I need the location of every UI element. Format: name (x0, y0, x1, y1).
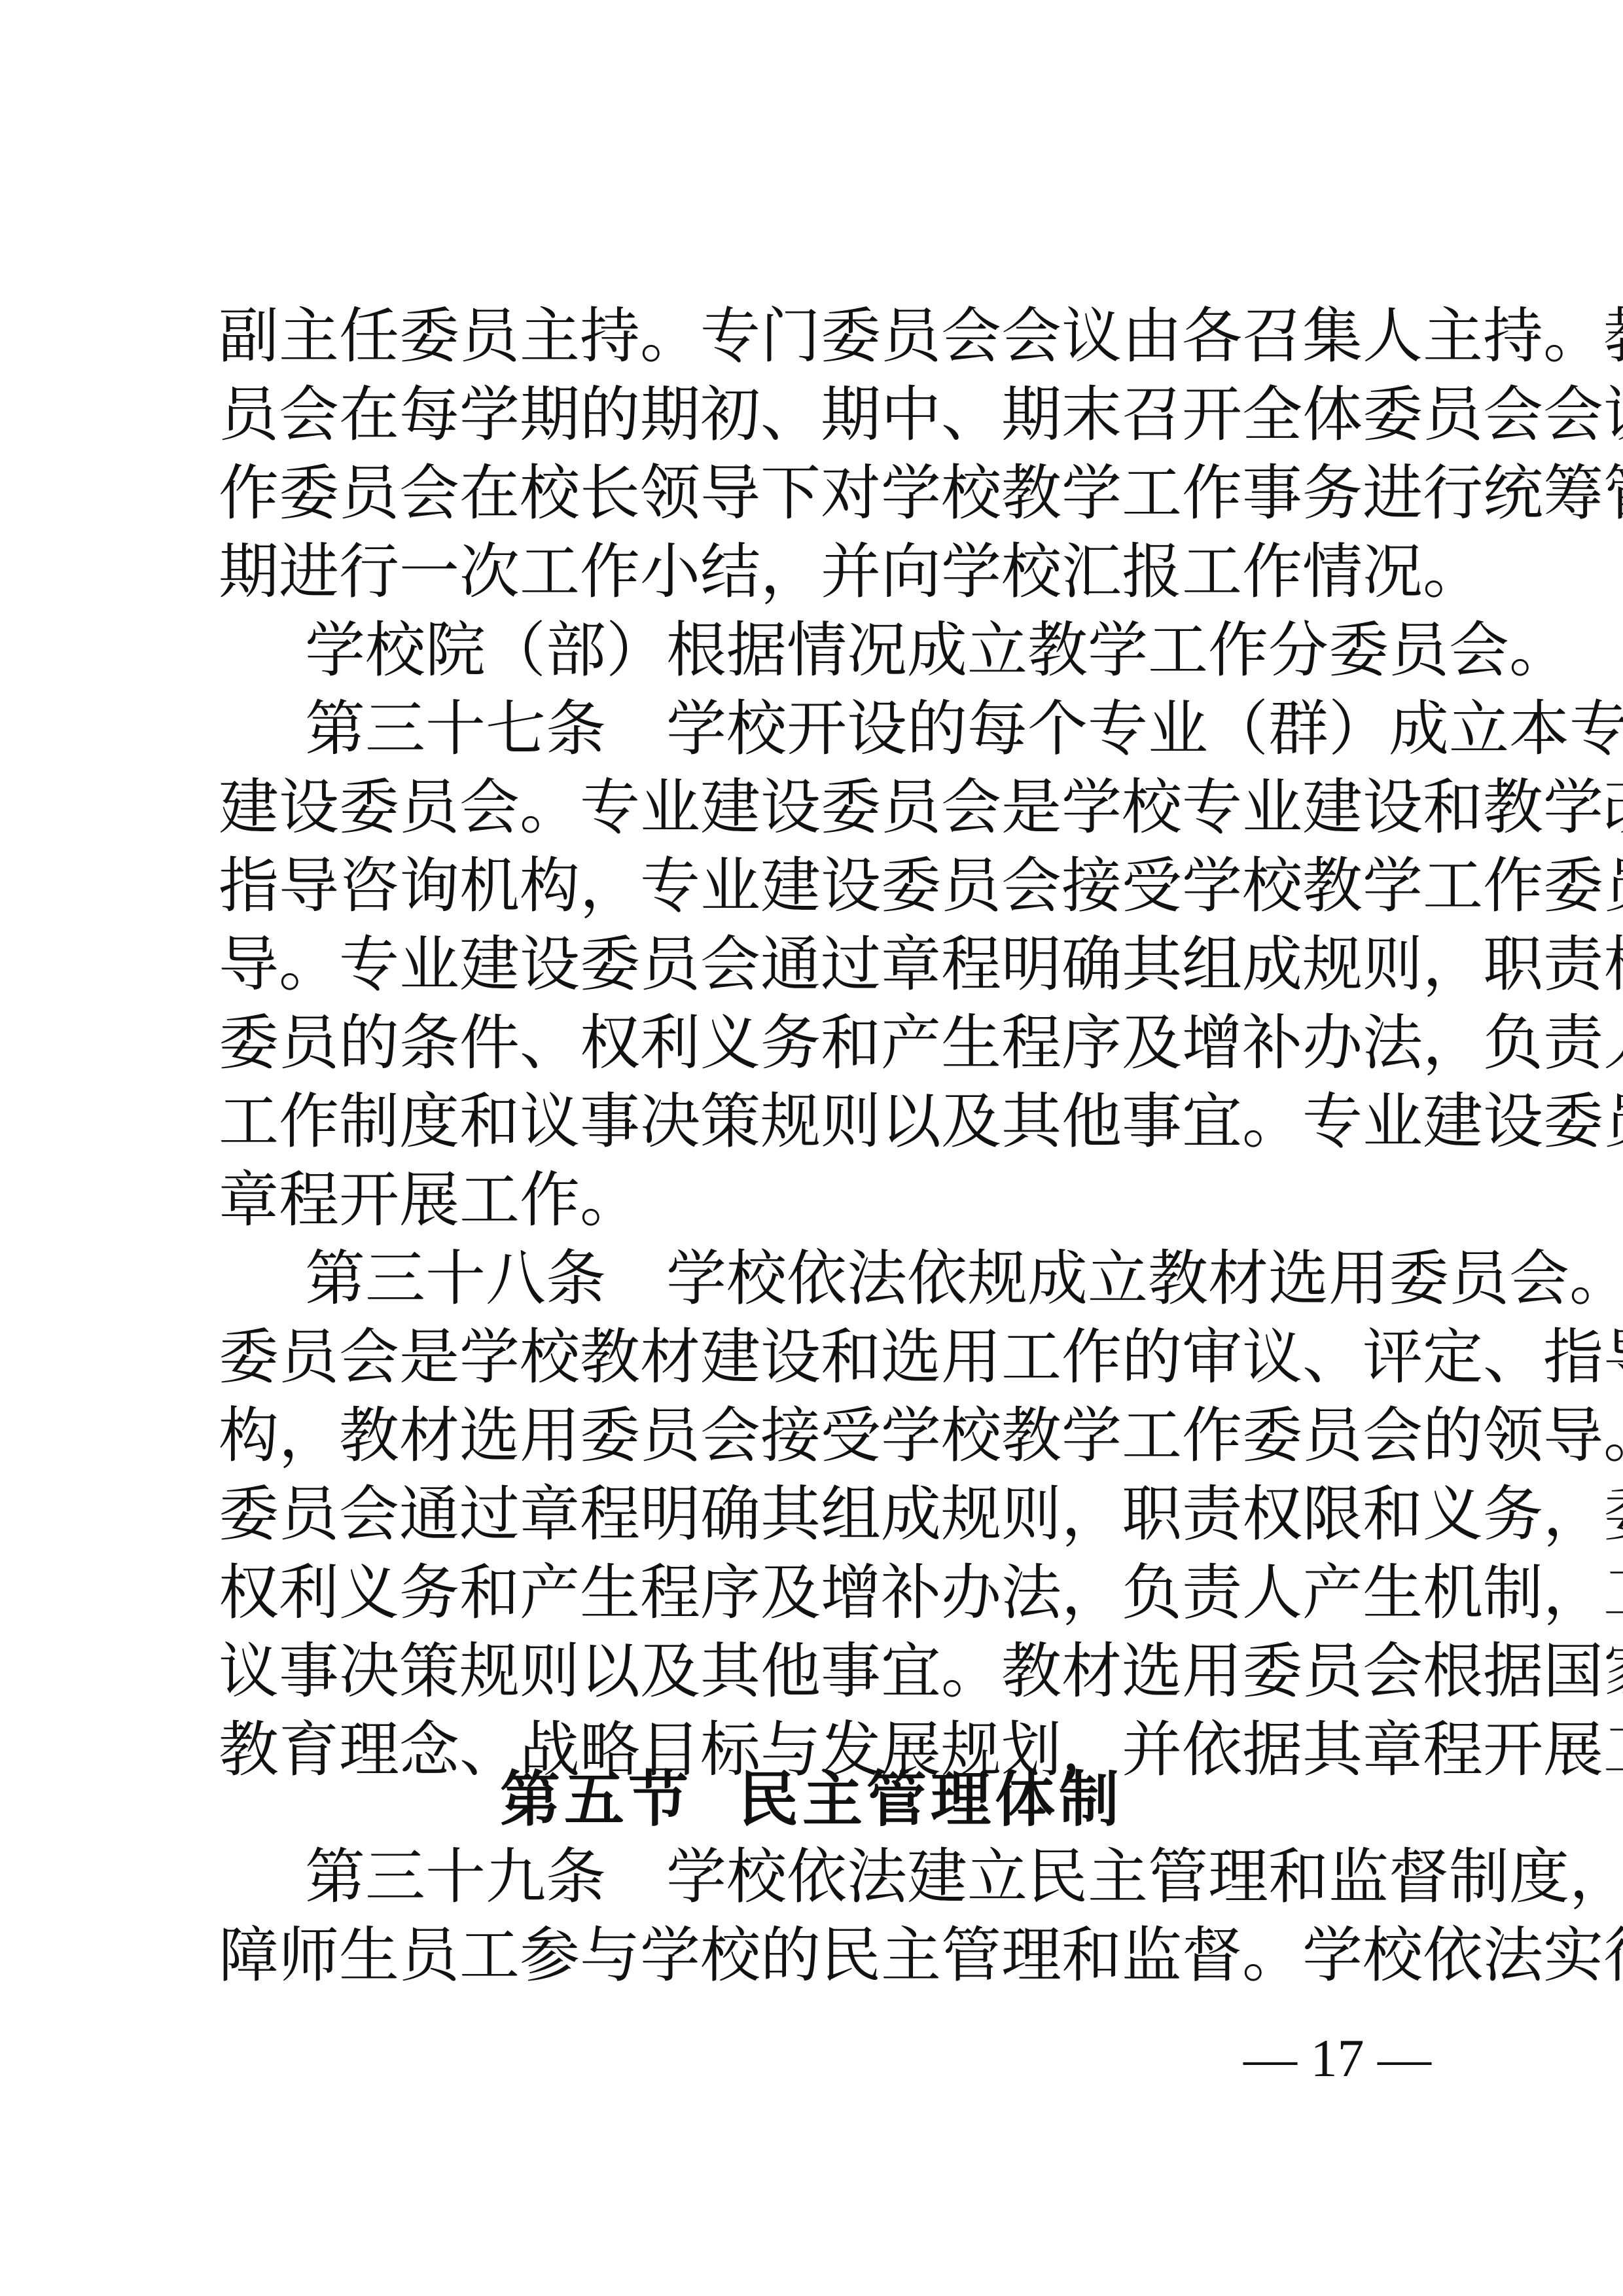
page-number: — 17 — (1243, 2026, 1427, 2091)
article-38-line: 第三十八条 学校依法依规成立教材选用委员会。教材选用 (305, 1240, 1429, 1318)
article-37-line: 第三十七条 学校开设的每个专业（群）成立本专业的专业 (305, 690, 1429, 768)
body-line: 员会在每学期的期初、期中、期末召开全体委员会会议。教学工 (219, 376, 1429, 454)
section-title: 民主管理体制 (738, 1765, 1123, 1835)
section-heading: 第五节民主管理体制 (0, 1761, 1623, 1839)
body-line: 委员的条件、权利义务和产生程序及增补办法，负责人产生机制， (219, 1004, 1429, 1083)
article-39-line: 第三十九条 学校依法建立民主管理和监督制度，支持和保 (305, 1838, 1429, 1916)
body-line: 副主任委员主持。专门委员会会议由各召集人主持。教学工作委 (219, 297, 1429, 376)
body-line: 权利义务和产生程序及增补办法，负责人产生机制，工作制度和 (219, 1554, 1429, 1632)
body-line: 障师生员工参与学校的民主管理和监督。学校依法实行党务公 (219, 1916, 1429, 1995)
body-line: 委员会通过章程明确其组成规则，职责权限和义务，委员的条件、 (219, 1475, 1429, 1554)
body-line: 工作制度和议事决策规则以及其他事宜。专业建设委员会依据其 (219, 1083, 1429, 1161)
section-number: 第五节 (500, 1765, 692, 1835)
body-line: 指导咨询机构，专业建设委员会接受学校教学工作委员会的领 (219, 847, 1429, 925)
body-line: 议事决策规则以及其他事宜。教材选用委员会根据国家和学校的 (219, 1632, 1429, 1711)
body-line: 期进行一次工作小结，并向学校汇报工作情况。 (219, 533, 1429, 611)
body-line: 导。专业建设委员会通过章程明确其组成规则，职责权限和义务， (219, 925, 1429, 1004)
body-line: 构，教材选用委员会接受学校教学工作委员会的领导。教材选用 (219, 1397, 1429, 1475)
body-line: 建设委员会。专业建设委员会是学校专业建设和教学改革的常设 (219, 768, 1429, 847)
document-page: 副主任委员主持。专门委员会会议由各召集人主持。教学工作委 员会在每学期的期初、期… (0, 0, 1623, 2296)
body-line: 章程开展工作。 (219, 1161, 1429, 1240)
body-line: 学校院（部）根据情况成立教学工作分委员会。 (305, 611, 1429, 690)
body-line: 作委员会在校长领导下对学校教学工作事务进行统筹管理，每学 (219, 454, 1429, 533)
body-line: 委员会是学校教材建设和选用工作的审议、评定、指导和咨询机 (219, 1318, 1429, 1397)
